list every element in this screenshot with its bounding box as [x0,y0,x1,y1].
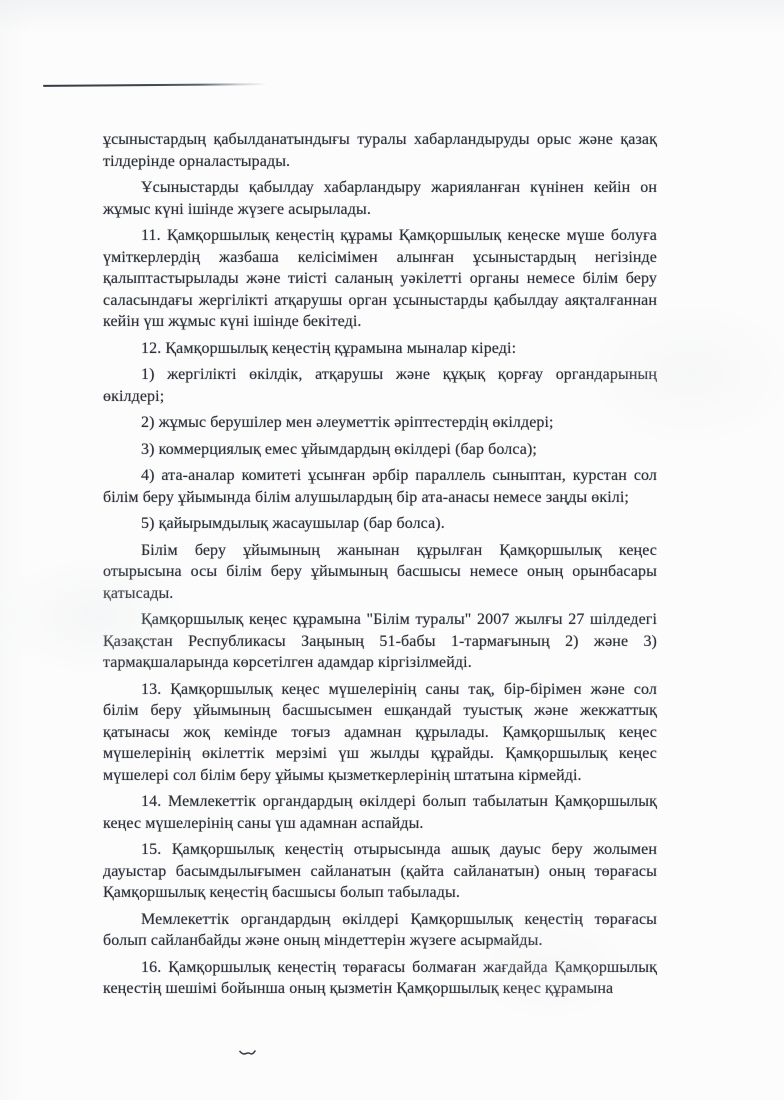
paragraph: Қамқоршылық кеңес құрамына "Білім туралы… [103,609,657,674]
paragraph: Ұсыныстарды қабылдау хабарландыру жариял… [103,177,657,220]
ink-smudge-icon [239,1048,257,1057]
paragraph: Мемлекеттік органдардың өкілдері Қамқорш… [103,909,657,952]
paragraph: 11. Қамқоршылық кеңестің құрамы Қамқоршы… [103,225,657,333]
list-item: 1) жергілікті өкілдік, атқарушы және құқ… [103,364,657,407]
paragraph: 12. Қамқоршылық кеңестің құрамына мынала… [103,338,657,360]
list-item: 3) коммерциялық емес ұйымдардың өкілдері… [103,439,657,461]
list-item: 4) ата-аналар комитеті ұсынған әрбір пар… [103,465,657,508]
paragraph: Білім беру ұйымының жанынан құрылған Қам… [103,540,657,605]
list-item: 2) жұмыс берушілер мен әлеуметтік әріпте… [103,412,657,434]
paragraph: 16. Қамқоршылық кеңестің төрағасы болмағ… [103,957,657,1000]
scanned-document-page: ұсыныстардың қабылданатындығы туралы хаб… [0,0,784,1100]
paragraph: ұсыныстардың қабылданатындығы туралы хаб… [103,129,657,172]
list-item: 5) қайырымдылық жасаушылар (бар болса). [103,513,657,535]
paragraph: 14. Мемлекеттік органдардың өкілдері бол… [103,791,657,834]
paragraph: 15. Қамқоршылық кеңестің отырысында ашық… [103,839,657,904]
paragraph: 13. Қамқоршылық кеңес мүшелерінің саны т… [103,679,657,787]
horizontal-rule-artifact [43,83,267,87]
document-body-text: ұсыныстардың қабылданатындығы туралы хаб… [103,129,657,1005]
